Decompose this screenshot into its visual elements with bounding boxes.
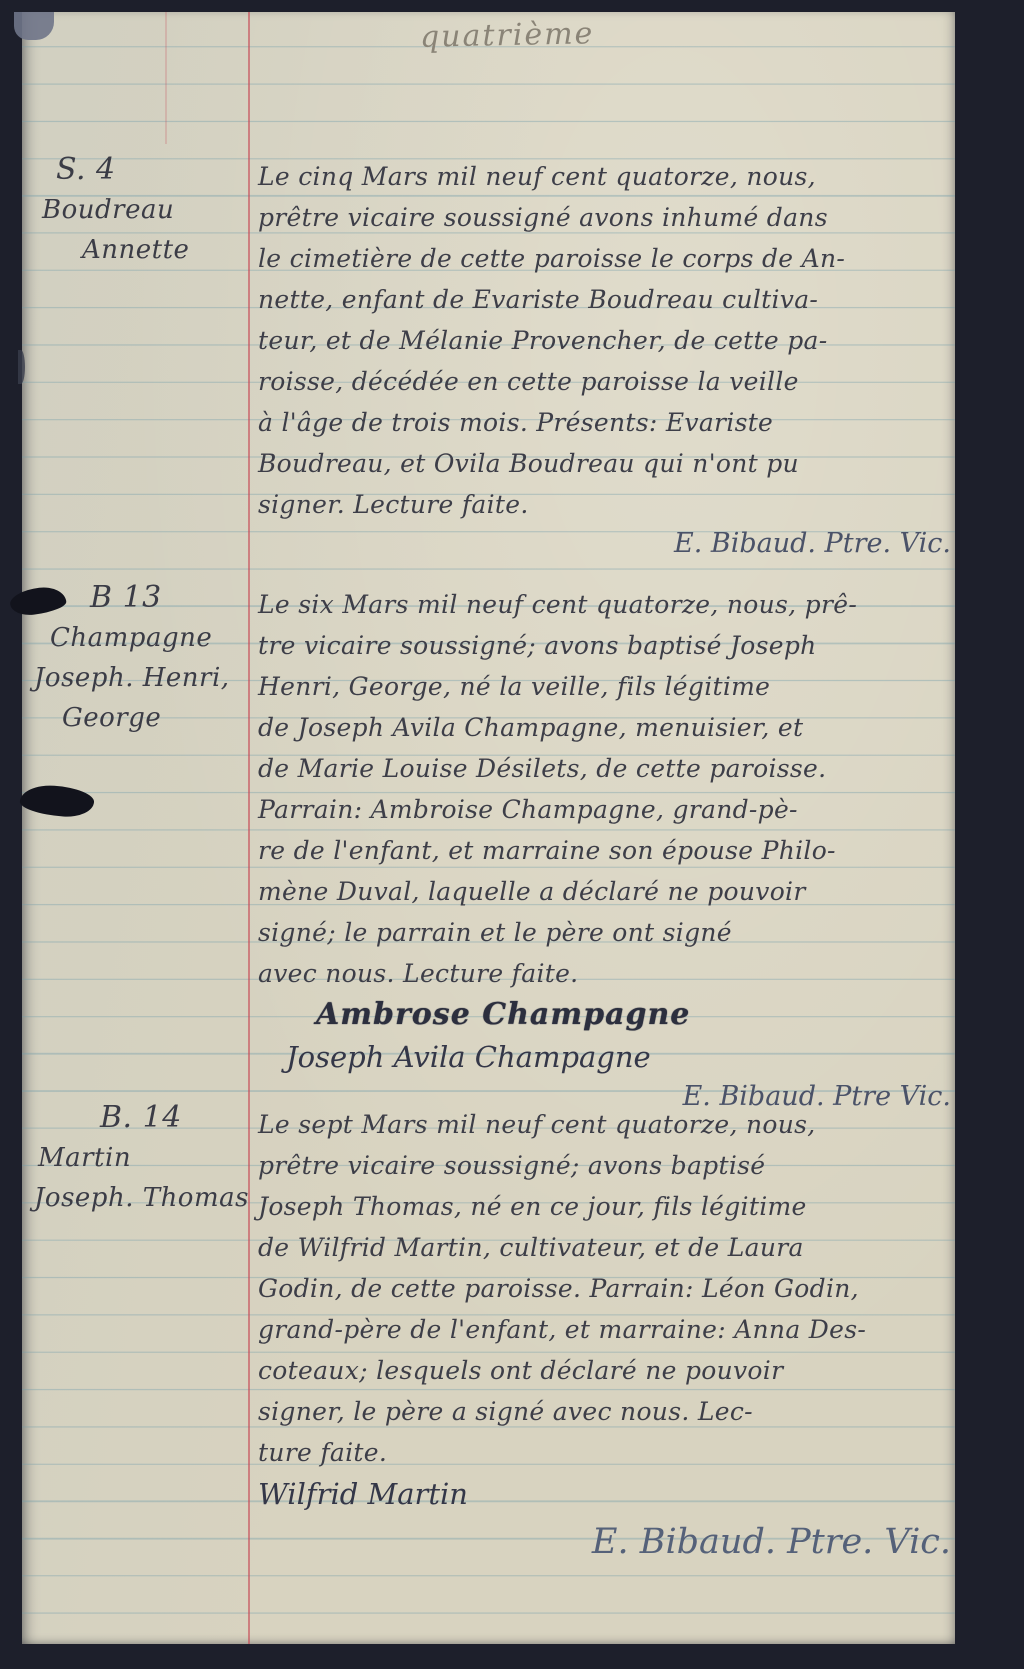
paper-page: quatrième S. 4BoudreauAnnetteLe cinq Mar…: [22, 12, 955, 1644]
entry-number: B. 14: [28, 1098, 246, 1138]
entry-number: S. 4: [28, 150, 246, 190]
entry-text-line: Le six Mars mil neuf cent quatorze, nous…: [258, 584, 955, 625]
signature: Ambrose Champagne: [316, 994, 955, 1036]
entry-text-line: grand-père de l'enfant, et marraine: Ann…: [258, 1309, 955, 1350]
entry-text-line: prêtre vicaire soussigné; avons baptisé: [258, 1145, 955, 1186]
entry-text-line: tre vicaire soussigné; avons baptisé Jos…: [258, 625, 955, 666]
entry-text-line: Joseph Thomas, né en ce jour, fils légit…: [258, 1186, 955, 1227]
entry-name-label: Champagne: [28, 618, 246, 658]
entry-text: Le cinq Mars mil neuf cent quatorze, nou…: [258, 156, 955, 563]
entry-number: B 13: [28, 578, 246, 618]
entry-name-label: George: [28, 698, 246, 738]
entry-text-line: Le sept Mars mil neuf cent quatorze, nou…: [258, 1104, 955, 1145]
signature: Joseph Avila Champagne: [286, 1036, 955, 1078]
entry-text: Le sept Mars mil neuf cent quatorze, nou…: [258, 1104, 955, 1565]
entry-name-label: Joseph. Henri,: [28, 658, 246, 698]
entry-text-line: signer. Lecture faite.: [258, 484, 955, 525]
margin-red-line-bleed: [165, 12, 167, 144]
entry-text-line: de Joseph Avila Champagne, menuisier, et: [258, 707, 955, 748]
entry-name-label: Boudreau: [28, 190, 246, 230]
entry-text-line: roisse, décédée en cette paroisse la vei…: [258, 361, 955, 402]
scanned-register-page: quatrième S. 4BoudreauAnnetteLe cinq Mar…: [0, 0, 1024, 1669]
entry-text-line: nette, enfant de Evariste Boudreau culti…: [258, 279, 955, 320]
entry-text-line: signé; le parrain et le père ont signé: [258, 912, 955, 953]
entry-name-label: Annette: [28, 230, 246, 270]
entry-text-line: à l'âge de trois mois. Présents: Evarist…: [258, 402, 955, 443]
entry-text-line: Boudreau, et Ovila Boudreau qui n'ont pu: [258, 443, 955, 484]
entry-text-line: Godin, de cette paroisse. Parrain: Léon …: [258, 1268, 955, 1309]
entry-text-line: ture faite.: [258, 1432, 955, 1473]
entry-margin-labels: B. 14MartinJoseph. Thomas: [28, 1098, 246, 1218]
margin-red-line: [248, 12, 250, 1644]
entry-text: Le six Mars mil neuf cent quatorze, nous…: [258, 584, 955, 1116]
signature: E. Bibaud. Ptre. Vic.: [258, 1519, 955, 1565]
entry-text-line: prêtre vicaire soussigné avons inhumé da…: [258, 197, 955, 238]
signature: Wilfrid Martin: [258, 1473, 955, 1515]
signature: E. Bibaud. Ptre. Vic.: [258, 525, 955, 563]
entry-text-line: coteaux; lesquels ont déclaré ne pouvoir: [258, 1350, 955, 1391]
page-header-note: quatrième: [420, 16, 595, 55]
entry-margin-labels: B 13ChampagneJoseph. Henri,George: [28, 578, 246, 738]
entry-text-line: de Wilfrid Martin, cultivateur, et de La…: [258, 1227, 955, 1268]
entry-text-line: Henri, George, né la veille, fils légiti…: [258, 666, 955, 707]
entry-text-line: signer, le père a signé avec nous. Lec-: [258, 1391, 955, 1432]
entry-text-line: avec nous. Lecture faite.: [258, 953, 955, 994]
entry-name-label: Martin: [28, 1138, 246, 1178]
entry-text-line: re de l'enfant, et marraine son épouse P…: [258, 830, 955, 871]
entry-name-label: Joseph. Thomas: [28, 1178, 246, 1218]
entry-text-line: Le cinq Mars mil neuf cent quatorze, nou…: [258, 156, 955, 197]
entry-text-line: le cimetière de cette paroisse le corps …: [258, 238, 955, 279]
entry-text-line: teur, et de Mélanie Provencher, de cette…: [258, 320, 955, 361]
entry-text-line: Parrain: Ambroise Champagne, grand-pè-: [258, 789, 955, 830]
entry-margin-labels: S. 4BoudreauAnnette: [28, 150, 246, 270]
entry-text-line: de Marie Louise Désilets, de cette paroi…: [258, 748, 955, 789]
entry-text-line: mène Duval, laquelle a déclaré ne pouvoi…: [258, 871, 955, 912]
